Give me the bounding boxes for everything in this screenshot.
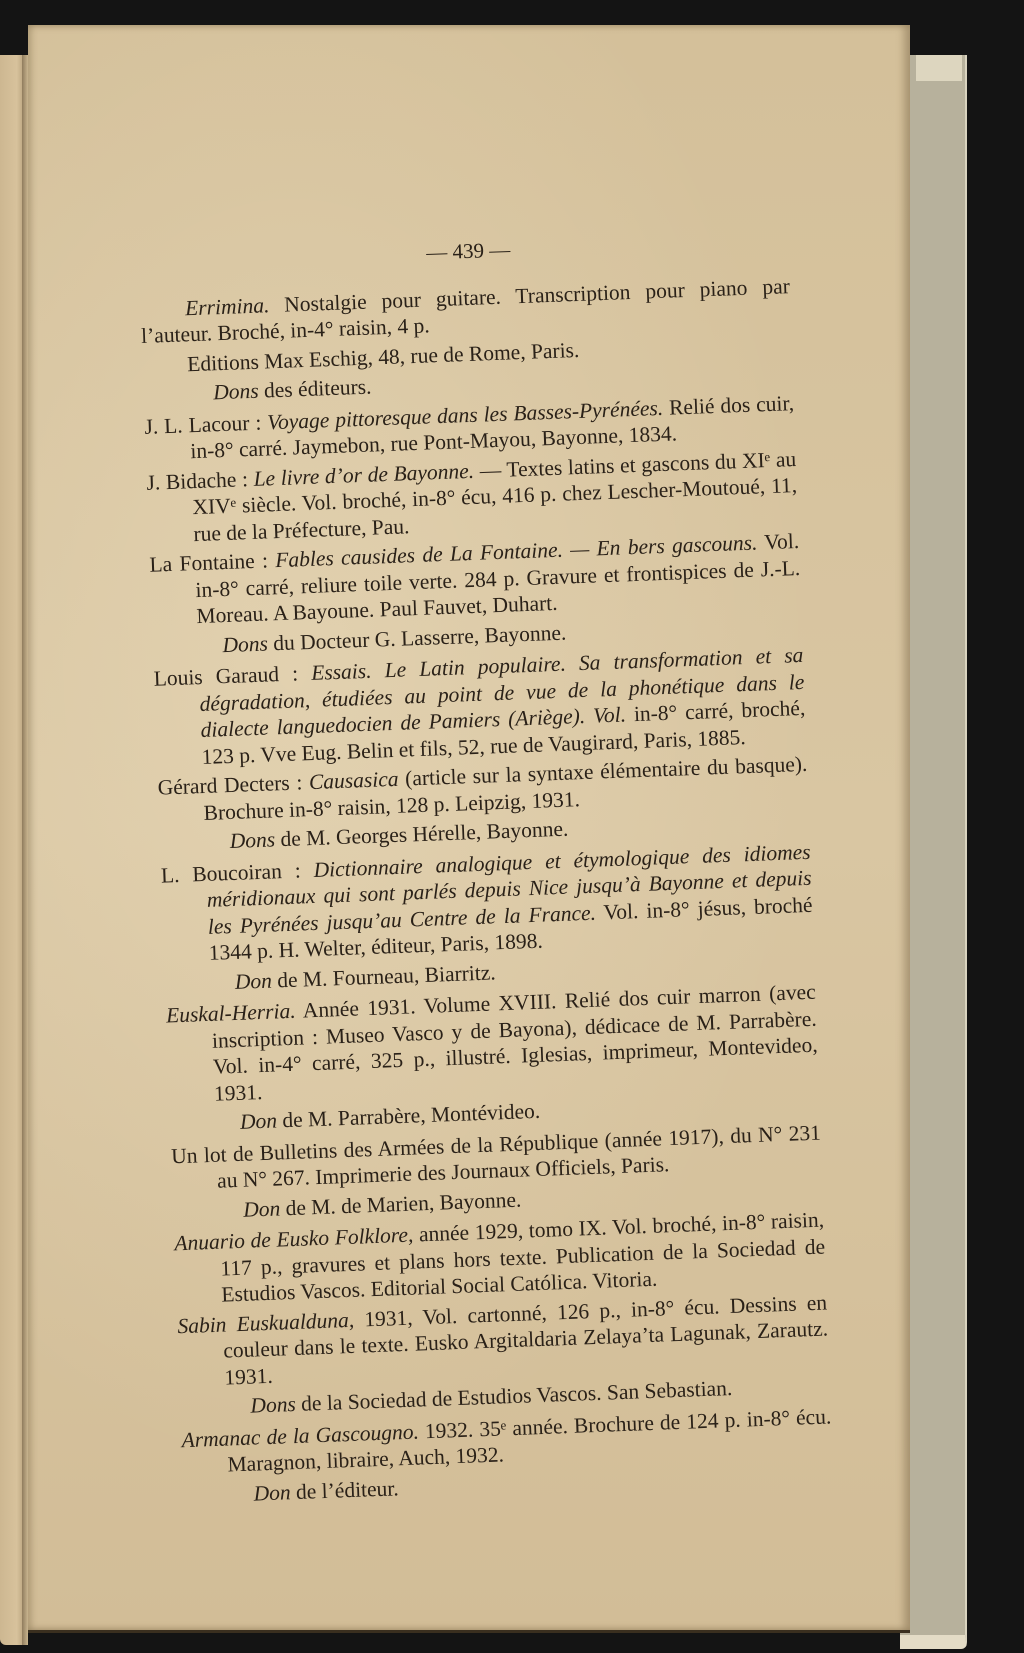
italic-text: Don: [253, 1480, 291, 1505]
text: La Fontaine :: [149, 548, 276, 577]
bibliographic-entry: Louis Garaud : Essais. Le Latin populair…: [153, 642, 806, 772]
text: de l’éditeur.: [290, 1476, 399, 1504]
italic-text: Dons: [250, 1392, 296, 1418]
italic-text: Vol.: [593, 702, 627, 727]
book-back-cover-top: [916, 55, 962, 81]
italic-text: Don: [240, 1108, 278, 1133]
page-text-block: — 439 — Errimina. Nostalgie pour guitare…: [138, 226, 834, 1514]
italic-text: Causasica: [309, 767, 399, 794]
text: de M. de Marien, Bayonne.: [280, 1187, 522, 1220]
italic-text: Dons: [213, 379, 259, 405]
text: de M. Fourneau, Biarritz.: [271, 960, 496, 992]
text: J. L. Lacour :: [144, 410, 268, 438]
left-page-edge: [0, 55, 24, 1645]
text: Année 1931. Volume XVIII. Relié dos cuir…: [212, 980, 818, 1106]
text: de M. Parrabère, Montévideo.: [277, 1099, 541, 1133]
italic-text: Dictionnaire analogique et étymologique …: [206, 839, 811, 938]
italic-text: Errimina.: [185, 293, 270, 320]
italic-text: Euskal-Herria.: [166, 999, 296, 1028]
italic-text: Dons: [222, 631, 268, 657]
italic-text: Don: [243, 1196, 281, 1221]
italic-text: Sabin Euskualduna,: [177, 1307, 355, 1337]
donation-list: Errimina. Nostalgie pour guitare. Transc…: [140, 273, 834, 1510]
italic-text: Dons: [229, 827, 275, 853]
text: L. Boucoiran :: [160, 857, 314, 887]
text: Gérard Decters :: [157, 770, 309, 800]
text: J. Bidache :: [146, 466, 254, 494]
text: Louis Garaud :: [153, 661, 311, 691]
text: de M. Georges Hérelle, Bayonne.: [275, 817, 569, 852]
book-back-cover: [900, 55, 967, 1649]
italic-text: Don: [234, 968, 272, 993]
bibliographic-entry: L. Boucoiran : Dictionnaire analogique e…: [160, 838, 813, 968]
book-page: — 439 — Errimina. Nostalgie pour guitare…: [28, 25, 910, 1633]
page-number: — 439 —: [138, 226, 789, 276]
text: des éditeurs.: [258, 375, 372, 403]
bibliographic-entry: Euskal-Herria. Année 1931. Volume XVIII.…: [166, 979, 819, 1109]
